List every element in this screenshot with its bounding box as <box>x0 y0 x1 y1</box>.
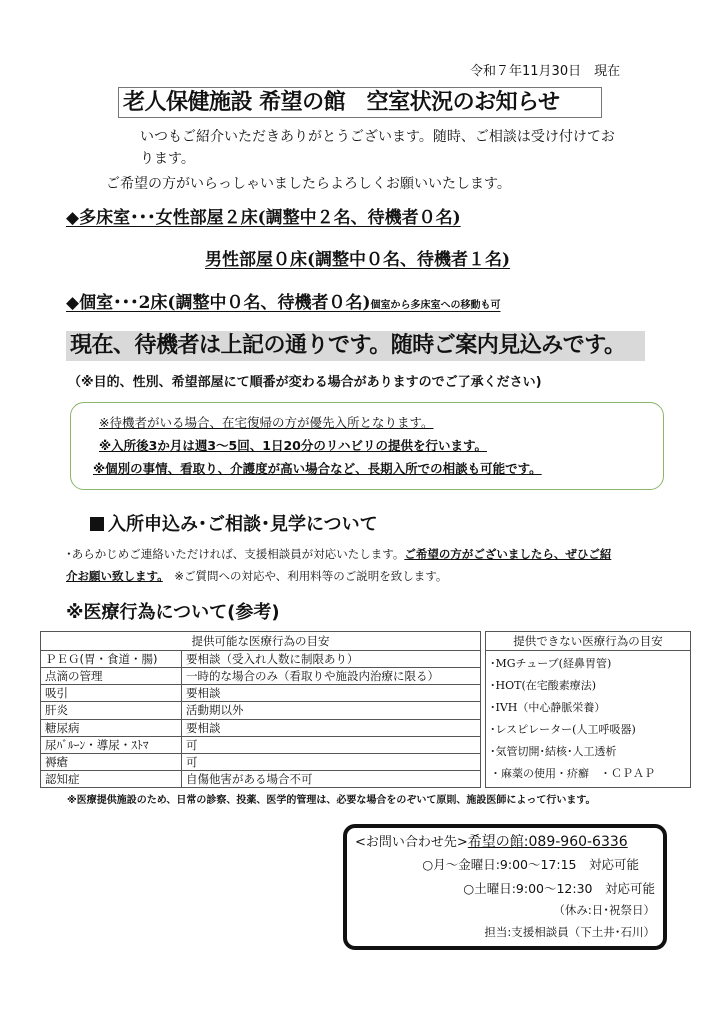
list-item: ･気管切開･結核･人工透析 <box>490 741 686 763</box>
staff-in-charge: 担当:支援相談員（下土井･石川） <box>484 924 655 940</box>
row-value: 活動期以外 <box>182 702 481 719</box>
admission-section-title: 入所申込み･ご相談･見学について <box>90 510 378 536</box>
intro-line-3: ご希望の方がいらっしゃいましたらよろしくお願いいたします。 <box>106 173 511 193</box>
row-value: 一時的な場合のみ（看取りや施設内治療に限る） <box>182 668 481 685</box>
admission-paragraph-line-2: 介お願い致します。 ※ご質問への対応や、利用料等のご説明を致します。 <box>66 568 447 584</box>
saturday-hours: ○土曜日:9:00～12:30 対応可能 <box>463 879 655 897</box>
private-room-status: ◆個室･･･2床(調整中０名、待機者０名)個室から多床室への移動も可 <box>66 288 501 313</box>
intro-line-2: ります。 <box>140 148 195 168</box>
admission-text-bold: ご希望の方がございましたら、ぜひご紹 <box>404 547 611 561</box>
order-caveat: （※目的、性別、希望部屋にて順番が変わる場合がありますのでご了承ください) <box>68 371 542 390</box>
row-item: 尿ﾊﾞﾙｰﾝ・導尿・ｽﾄﾏ <box>41 736 182 753</box>
contact-header: <お問い合わせ先>希望の館:089-960-6336 <box>355 831 628 851</box>
table-row: ＰＥＧ(胃・食道・腸) 要相談（受入れ人数に制限あり） ･MGチューブ(経鼻胃管… <box>41 651 691 668</box>
row-item: 褥瘡 <box>41 753 182 770</box>
square-bullet-icon <box>90 517 104 531</box>
row-item: 点滴の管理 <box>41 668 182 685</box>
note-rehab: ※入所後3か月は週3〜5回、1日20分のリハビリの提供を行います。 <box>99 436 487 454</box>
list-item: ･IVH（中心静脈栄養） <box>490 697 686 719</box>
as-of-date: 令和７年11月30日 現在 <box>470 60 620 79</box>
row-value: 要相談（受入れ人数に制限あり） <box>182 651 481 668</box>
medical-footnote: ※医療提供施設のため、日常の診察、投薬、医学的管理は、必要な場合をのぞいて原則、… <box>67 791 596 806</box>
row-item: 吸引 <box>41 685 182 702</box>
multi-bed-female-status: ◆多床室･･･女性部屋２床(調整中２名、待機者０名) <box>66 203 461 228</box>
row-item: 認知症 <box>41 770 182 787</box>
note-priority: ※待機者がいる場合、在宅復帰の方が優先入所となります。 <box>99 413 433 431</box>
admission-text-bold-2: 介お願い致します。 <box>66 569 163 583</box>
row-item: 肝炎 <box>41 702 182 719</box>
admission-text-plain: ･あらかじめご連絡いただければ、支援相談員が対応いたします。 <box>66 547 404 561</box>
list-item: ･MGチューブ(経鼻胃管) <box>490 653 686 675</box>
private-room-text: ◆個室･･･2床(調整中０名、待機者０名) <box>66 293 371 313</box>
row-value: 自傷他害がある場合不可 <box>182 770 481 787</box>
available-header: 提供可能な医療行為の目安 <box>41 632 481 651</box>
admission-title-text: 入所申込み･ご相談･見学について <box>108 514 378 535</box>
intro-line-1: いつもご紹介いただきありがとうございます。随時、ご相談は受け付けてお <box>140 126 615 148</box>
row-value: 可 <box>182 736 481 753</box>
row-value: 要相談 <box>182 719 481 736</box>
row-value: 可 <box>182 753 481 770</box>
unavailable-header: 提供できない医療行為の目安 <box>486 632 691 651</box>
multi-bed-male-status: 男性部屋０床(調整中０名、待機者１名) <box>205 245 510 270</box>
list-item: ・麻薬の使用・疥癬 ・ＣＰＡＰ <box>490 763 686 785</box>
medical-table: 提供可能な医療行為の目安 提供できない医療行為の目安 ＰＥＧ(胃・食道・腸) 要… <box>40 631 691 788</box>
row-item: 糖尿病 <box>41 719 182 736</box>
weekday-hours: ○月～金曜日:9:00～17:15 対応可能 <box>422 855 639 873</box>
row-item: ＰＥＧ(胃・食道・腸) <box>41 651 182 668</box>
holidays: （休み:日･祝祭日） <box>553 902 655 918</box>
unavailable-list: ･MGチューブ(経鼻胃管) ･HOT(在宅酸素療法) ･IVH（中心静脈栄養） … <box>486 651 691 788</box>
list-item: ･レスピレーター(人工呼吸器) <box>490 719 686 741</box>
contact-label: <お問い合わせ先> <box>355 835 468 850</box>
list-item: ･HOT(在宅酸素療法) <box>490 675 686 697</box>
page-title: 老人保健施設 希望の館 空室状況のお知らせ <box>118 87 602 118</box>
waiting-status-headline: 現在、待機者は上記の通りです。随時ご案内見込みです。 <box>66 331 645 361</box>
admission-text-plain-2: ※ご質問への対応や、利用料等のご説明を致します。 <box>163 569 447 583</box>
contact-box: <お問い合わせ先>希望の館:089-960-6336 ○月～金曜日:9:00～1… <box>343 824 667 950</box>
admission-paragraph-line-1: ･あらかじめご連絡いただければ、支援相談員が対応いたします。ご希望の方がございま… <box>66 546 611 562</box>
row-value: 要相談 <box>182 685 481 702</box>
notes-box: ※待機者がいる場合、在宅復帰の方が優先入所となります。 ※入所後3か月は週3〜5… <box>70 402 664 490</box>
private-room-note: 個室から多床室への移動も可 <box>371 300 501 311</box>
note-long-term: ※個別の事情、看取り、介護度が高い場合など、長期入所での相談も可能です。 <box>93 459 542 477</box>
medical-section-title: ※医療行為について(参考) <box>66 598 280 624</box>
contact-phone[interactable]: 希望の館:089-960-6336 <box>468 834 628 850</box>
